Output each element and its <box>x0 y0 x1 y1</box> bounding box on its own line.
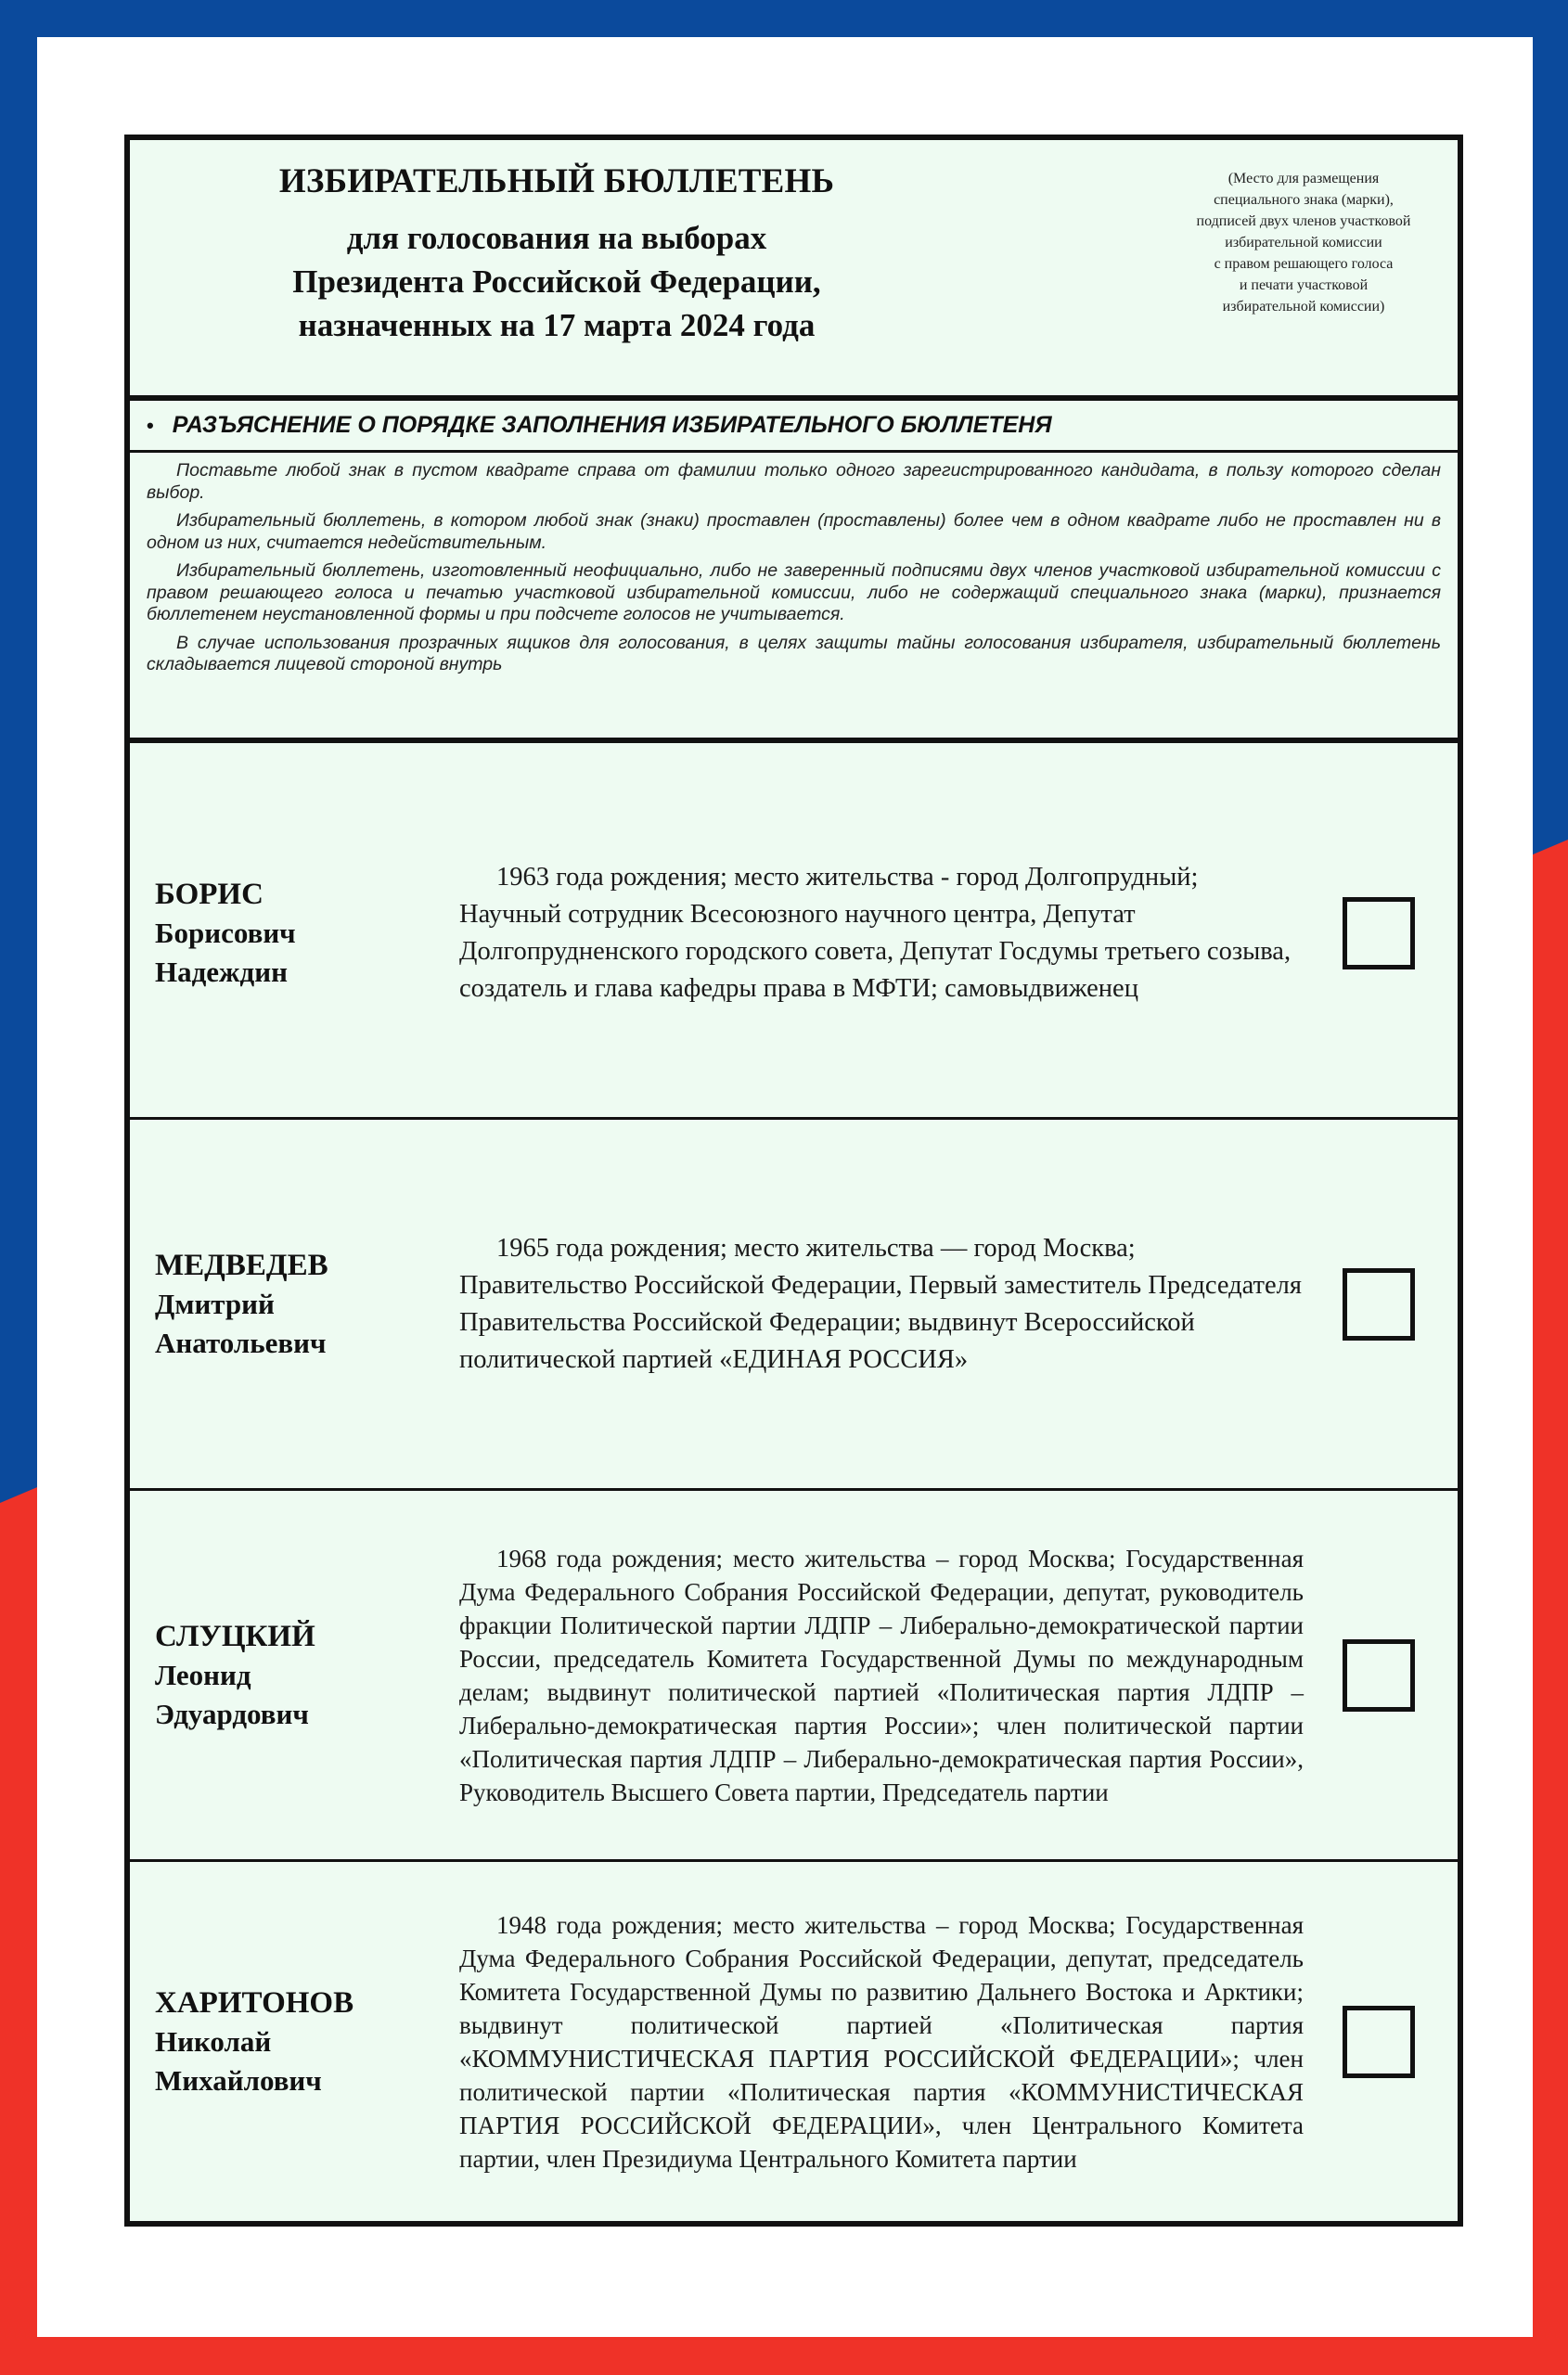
candidate-name: ХАРИТОНОВ Николай Михайлович <box>155 1983 396 2100</box>
candidate-surname: МЕДВЕДЕВ <box>155 1246 396 1285</box>
candidate-first-name: Николай <box>155 2022 396 2061</box>
ballot-subtitle-line: назначенных на 17 марта 2024 года <box>223 303 891 347</box>
vote-checkbox[interactable] <box>1343 1639 1415 1712</box>
candidate-description-text: 1965 года рождения; место жительства — г… <box>459 1230 1304 1379</box>
instruction-paragraph: Избирательный бюллетень, в котором любой… <box>147 510 1441 554</box>
candidate-row: СЛУЦКИЙ Леонид Эдуардович 1968 года рожд… <box>130 1491 1458 1862</box>
stamp-placeholder-line: избирательной комиссии <box>1137 232 1471 253</box>
stamp-placeholder-line: и печати участковой <box>1137 275 1471 296</box>
candidate-description: 1948 года рождения; место жительства – г… <box>459 1908 1304 2176</box>
ballot-paper: ИЗБИРАТЕЛЬНЫЙ БЮЛЛЕТЕНЬ для голосования … <box>124 135 1463 2227</box>
candidate-row: ХАРИТОНОВ Николай Михайлович 1948 года р… <box>130 1862 1458 2221</box>
candidate-row: МЕДВЕДЕВ Дмитрий Анатольевич 1965 года р… <box>130 1120 1458 1491</box>
vote-checkbox[interactable] <box>1343 897 1415 969</box>
stamp-placeholder-line: подписей двух членов участковой <box>1137 211 1471 232</box>
candidate-first-name: Борисович <box>155 914 396 953</box>
ballot-title: ИЗБИРАТЕЛЬНЫЙ БЮЛЛЕТЕНЬ <box>223 159 891 205</box>
stamp-placeholder-line: (Место для размещения <box>1137 168 1471 189</box>
instruction-paragraph: В случае использования прозрачных ящиков… <box>147 633 1441 676</box>
candidate-surname: ХАРИТОНОВ <box>155 1983 396 2022</box>
vote-checkbox[interactable] <box>1343 1268 1415 1341</box>
candidate-row: БОРИС Борисович Надеждин 1963 года рожде… <box>130 749 1458 1120</box>
candidate-description-text: 1968 года рождения; место жительства – г… <box>459 1542 1304 1809</box>
candidate-first-name: Дмитрий <box>155 1285 396 1324</box>
candidate-first-name: Леонид <box>155 1656 396 1695</box>
candidate-patronymic: Эдуардович <box>155 1695 396 1734</box>
candidate-description: 1965 года рождения; место жительства — г… <box>459 1230 1304 1379</box>
candidate-name: БОРИС Борисович Надеждин <box>155 875 396 992</box>
candidate-description-text: 1948 года рождения; место жительства – г… <box>459 1908 1304 2176</box>
stamp-placeholder-line: с правом решающего голоса <box>1137 253 1471 275</box>
vote-checkbox[interactable] <box>1343 2006 1415 2078</box>
candidate-surname: БОРИС <box>155 875 396 914</box>
instructions-body: Поставьте любой знак в пустом квадрате с… <box>130 453 1458 743</box>
stamp-placeholder-line: специального знака (марки), <box>1137 189 1471 211</box>
instructions-heading: •РАЗЪЯСНЕНИЕ О ПОРЯДКЕ ЗАПОЛНЕНИЯ ИЗБИРА… <box>130 401 1458 453</box>
candidate-patronymic: Михайлович <box>155 2061 396 2100</box>
instruction-paragraph: Поставьте любой знак в пустом квадрате с… <box>147 460 1441 504</box>
stamp-placeholder-line: избирательной комиссии) <box>1137 296 1471 317</box>
candidate-description-text: 1963 года рождения; место жительства - г… <box>459 859 1304 1008</box>
ballot-header: ИЗБИРАТЕЛЬНЫЙ БЮЛЛЕТЕНЬ для голосования … <box>130 140 1458 401</box>
instructions-heading-text: РАЗЪЯСНЕНИЕ О ПОРЯДКЕ ЗАПОЛНЕНИЯ ИЗБИРАТ… <box>173 412 1052 438</box>
candidate-surname: СЛУЦКИЙ <box>155 1617 396 1656</box>
ballot-subtitle-line: Президента Российской Федерации, <box>223 260 891 303</box>
ballot-subtitle-line: для голосования на выборах <box>223 216 891 260</box>
stamp-placeholder: (Место для размещения специального знака… <box>1137 168 1471 317</box>
candidate-name: СЛУЦКИЙ Леонид Эдуардович <box>155 1617 396 1734</box>
title-block: ИЗБИРАТЕЛЬНЫЙ БЮЛЛЕТЕНЬ для голосования … <box>223 159 891 347</box>
candidate-patronymic: Анатольевич <box>155 1324 396 1363</box>
bullet-icon: • <box>147 414 154 437</box>
candidate-description: 1968 года рождения; место жительства – г… <box>459 1542 1304 1809</box>
instruction-paragraph: Избирательный бюллетень, изготовленный н… <box>147 560 1441 626</box>
candidate-patronymic: Надеждин <box>155 953 396 992</box>
candidate-description: 1963 года рождения; место жительства - г… <box>459 859 1304 1008</box>
candidate-name: МЕДВЕДЕВ Дмитрий Анатольевич <box>155 1246 396 1363</box>
